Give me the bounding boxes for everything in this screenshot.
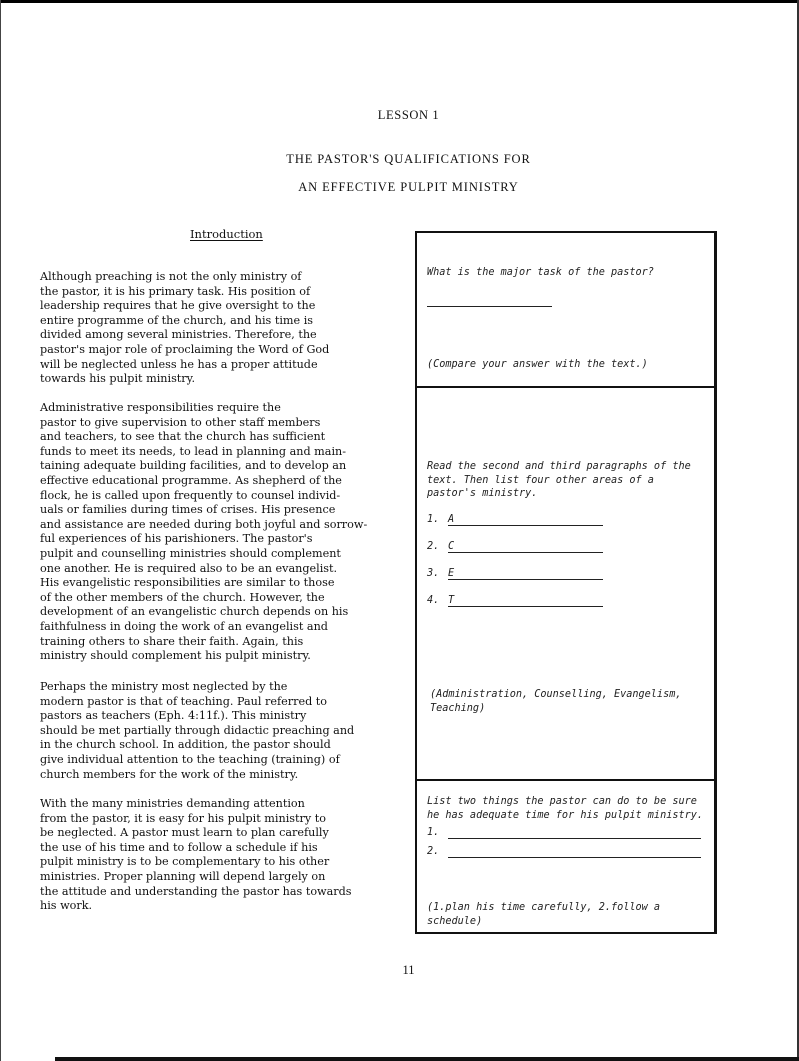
item-hint-letter: C bbox=[448, 541, 454, 552]
question-text: What is the major task of the pastor? bbox=[427, 266, 708, 280]
item-number: 2. bbox=[427, 540, 448, 554]
question-box-time-planning: List two things the pastor can do to be … bbox=[417, 781, 714, 932]
answer-item-3[interactable]: 3.E bbox=[427, 567, 607, 581]
item-number: 1. bbox=[427, 513, 448, 527]
lesson-title-line-1: THE PASTOR'S QUALIFICATIONS FOR bbox=[0, 152, 799, 167]
answer-hint: (Compare your answer with the text.) bbox=[427, 358, 708, 372]
answer-item-2[interactable]: 2. bbox=[427, 845, 707, 859]
item-hint-letter: E bbox=[448, 568, 454, 579]
box-divider bbox=[417, 386, 714, 388]
question-text: List two things the pastor can do to be … bbox=[427, 795, 714, 822]
answer-blank[interactable] bbox=[427, 306, 552, 307]
question-text: Read the second and third paragraphs of … bbox=[427, 460, 708, 501]
item-hint-letter: T bbox=[448, 595, 454, 606]
answer-key: (Administration, Counselling, Evangelism… bbox=[430, 688, 708, 715]
answer-item-2[interactable]: 2.C bbox=[427, 540, 607, 554]
answer-blank-line[interactable] bbox=[448, 579, 603, 580]
question-box-ministry-areas: Read the second and third paragraphs of … bbox=[417, 389, 714, 779]
page-number: 11 bbox=[0, 963, 799, 978]
answer-blank-line[interactable] bbox=[448, 838, 701, 839]
study-questions-panel: What is the major task of the pastor? (C… bbox=[415, 231, 717, 934]
answer-key: (1.plan his time carefully, 2.follow a s… bbox=[427, 901, 708, 928]
answer-item-1[interactable]: 1.A bbox=[427, 513, 607, 527]
answer-blank-line[interactable] bbox=[448, 525, 603, 526]
item-number: 1. bbox=[427, 826, 448, 840]
item-number: 3. bbox=[427, 567, 448, 581]
answer-blank-line[interactable] bbox=[448, 606, 603, 607]
answer-blank-line[interactable] bbox=[448, 552, 603, 553]
paragraph-teaching: Perhaps the ministry most neglected by t… bbox=[40, 680, 412, 782]
answer-item-1[interactable]: 1. bbox=[427, 826, 707, 840]
item-number: 2. bbox=[427, 845, 448, 859]
answer-blank-line[interactable] bbox=[448, 857, 701, 858]
question-box-major-task: What is the major task of the pastor? (C… bbox=[417, 233, 714, 387]
lesson-title-line-2: AN EFFECTIVE PULPIT MINISTRY bbox=[0, 180, 799, 195]
item-number: 4. bbox=[427, 594, 448, 608]
scan-bottom-border bbox=[55, 1057, 799, 1061]
paragraph-primary-task: Although preaching is not the only minis… bbox=[40, 270, 412, 387]
paragraph-other-ministries: Administrative responsibilities require … bbox=[40, 401, 412, 664]
item-hint-letter: A bbox=[448, 514, 454, 525]
section-heading-introduction: Introduction bbox=[190, 227, 263, 241]
paragraph-time-planning: With the many ministries demanding atten… bbox=[40, 797, 412, 914]
scan-top-border bbox=[0, 0, 799, 3]
answer-item-4[interactable]: 4.T bbox=[427, 594, 607, 608]
lesson-label: LESSON 1 bbox=[0, 108, 799, 123]
